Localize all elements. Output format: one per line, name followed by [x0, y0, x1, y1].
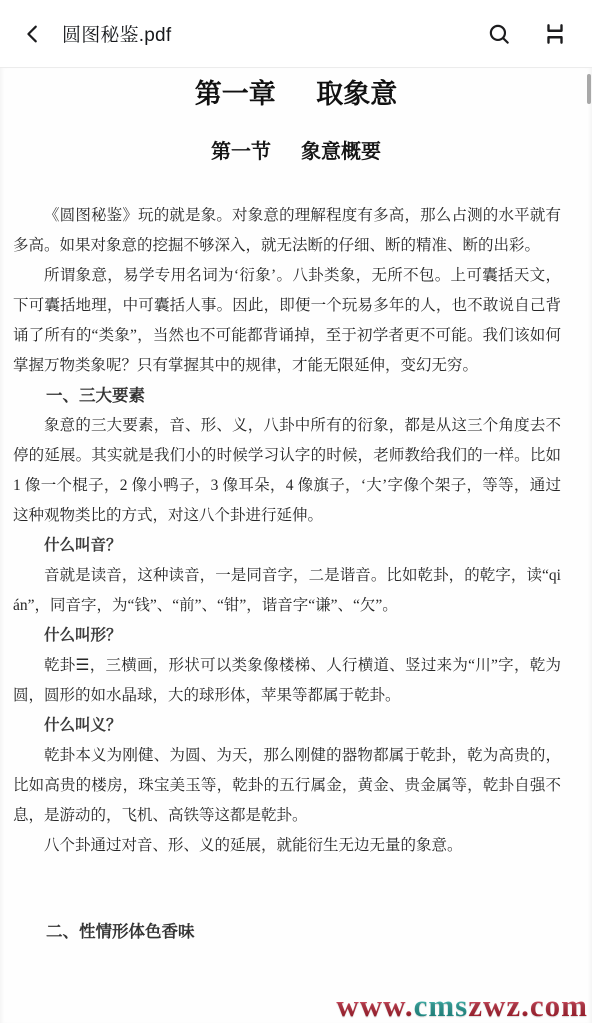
heading: 二、性情形体色香味: [13, 917, 561, 947]
chapter-title: 第一章 取象意: [0, 68, 592, 111]
pdf-reader-app: 圆图秘鉴.pdf 第一章 取象意 第一节 象意概要: [0, 0, 592, 1024]
back-button[interactable]: [20, 21, 46, 47]
pdf-rendered-page: 第一章 取象意 第一节 象意概要 《圆图秘鉴》玩的就是象。对象意的理解程度有多高…: [0, 68, 592, 947]
paragraph: 八个卦通过对音、形、义的延展，就能衍生无边无量的象意。: [13, 831, 561, 861]
watermark: www.cmszwz.com: [336, 990, 588, 1021]
paragraph: 象意的三大要素，音、形、义，八卦中所有的衍象，都是从这三个角度去不停的延展。其实…: [13, 411, 561, 531]
paragraph: 乾卦☰，三横画，形状可以类象像楼梯、人行横道、竖过来为“川”字，乾为圆，圆形的如…: [13, 651, 561, 711]
section-title: 第一节 象意概要: [0, 139, 592, 165]
paragraph: 《圆图秘鉴》玩的就是象。对象意的理解程度有多高，那么占测的水平就有多高。如果对象…: [13, 201, 561, 261]
paragraph: 音就是读音，这种读音，一是同音字，二是谐音。比如乾卦，的乾字，读“qián”，同…: [13, 561, 561, 621]
search-icon: [486, 21, 512, 47]
heading: 什么叫形？: [13, 621, 561, 651]
scrollbar-thumb[interactable]: [587, 74, 591, 104]
chevron-left-icon: [22, 23, 44, 45]
watermark-suffix: zwz.com: [468, 988, 588, 1023]
pdf-page-view[interactable]: 第一章 取象意 第一节 象意概要 《圆图秘鉴》玩的就是象。对象意的理解程度有多高…: [0, 68, 592, 1023]
search-button[interactable]: [484, 19, 514, 49]
paragraph: 所谓象意，易学专用名词为‘衍象’。八卦类象，无所不包。上可囊括天文，下可囊括地理…: [13, 261, 561, 381]
paragraph: 乾卦本义为刚健、为圆、为天，那么刚健的器物都属于乾卦，乾为高贵的，比如高贵的楼房…: [13, 741, 561, 831]
page-body: 《圆图秘鉴》玩的就是象。对象意的理解程度有多高，那么占测的水平就有多高。如果对象…: [0, 201, 592, 947]
watermark-brand: cms: [414, 988, 469, 1023]
fit-page-button[interactable]: [540, 19, 570, 49]
app-bar: 圆图秘鉴.pdf: [0, 0, 592, 68]
watermark-prefix: www.: [336, 988, 413, 1023]
heading: 什么叫义？: [13, 711, 561, 741]
fit-page-icon: [542, 21, 568, 47]
heading: 一、三大要素: [13, 381, 561, 411]
heading: 什么叫音？: [13, 531, 561, 561]
document-title: 圆图秘鉴.pdf: [62, 20, 484, 47]
